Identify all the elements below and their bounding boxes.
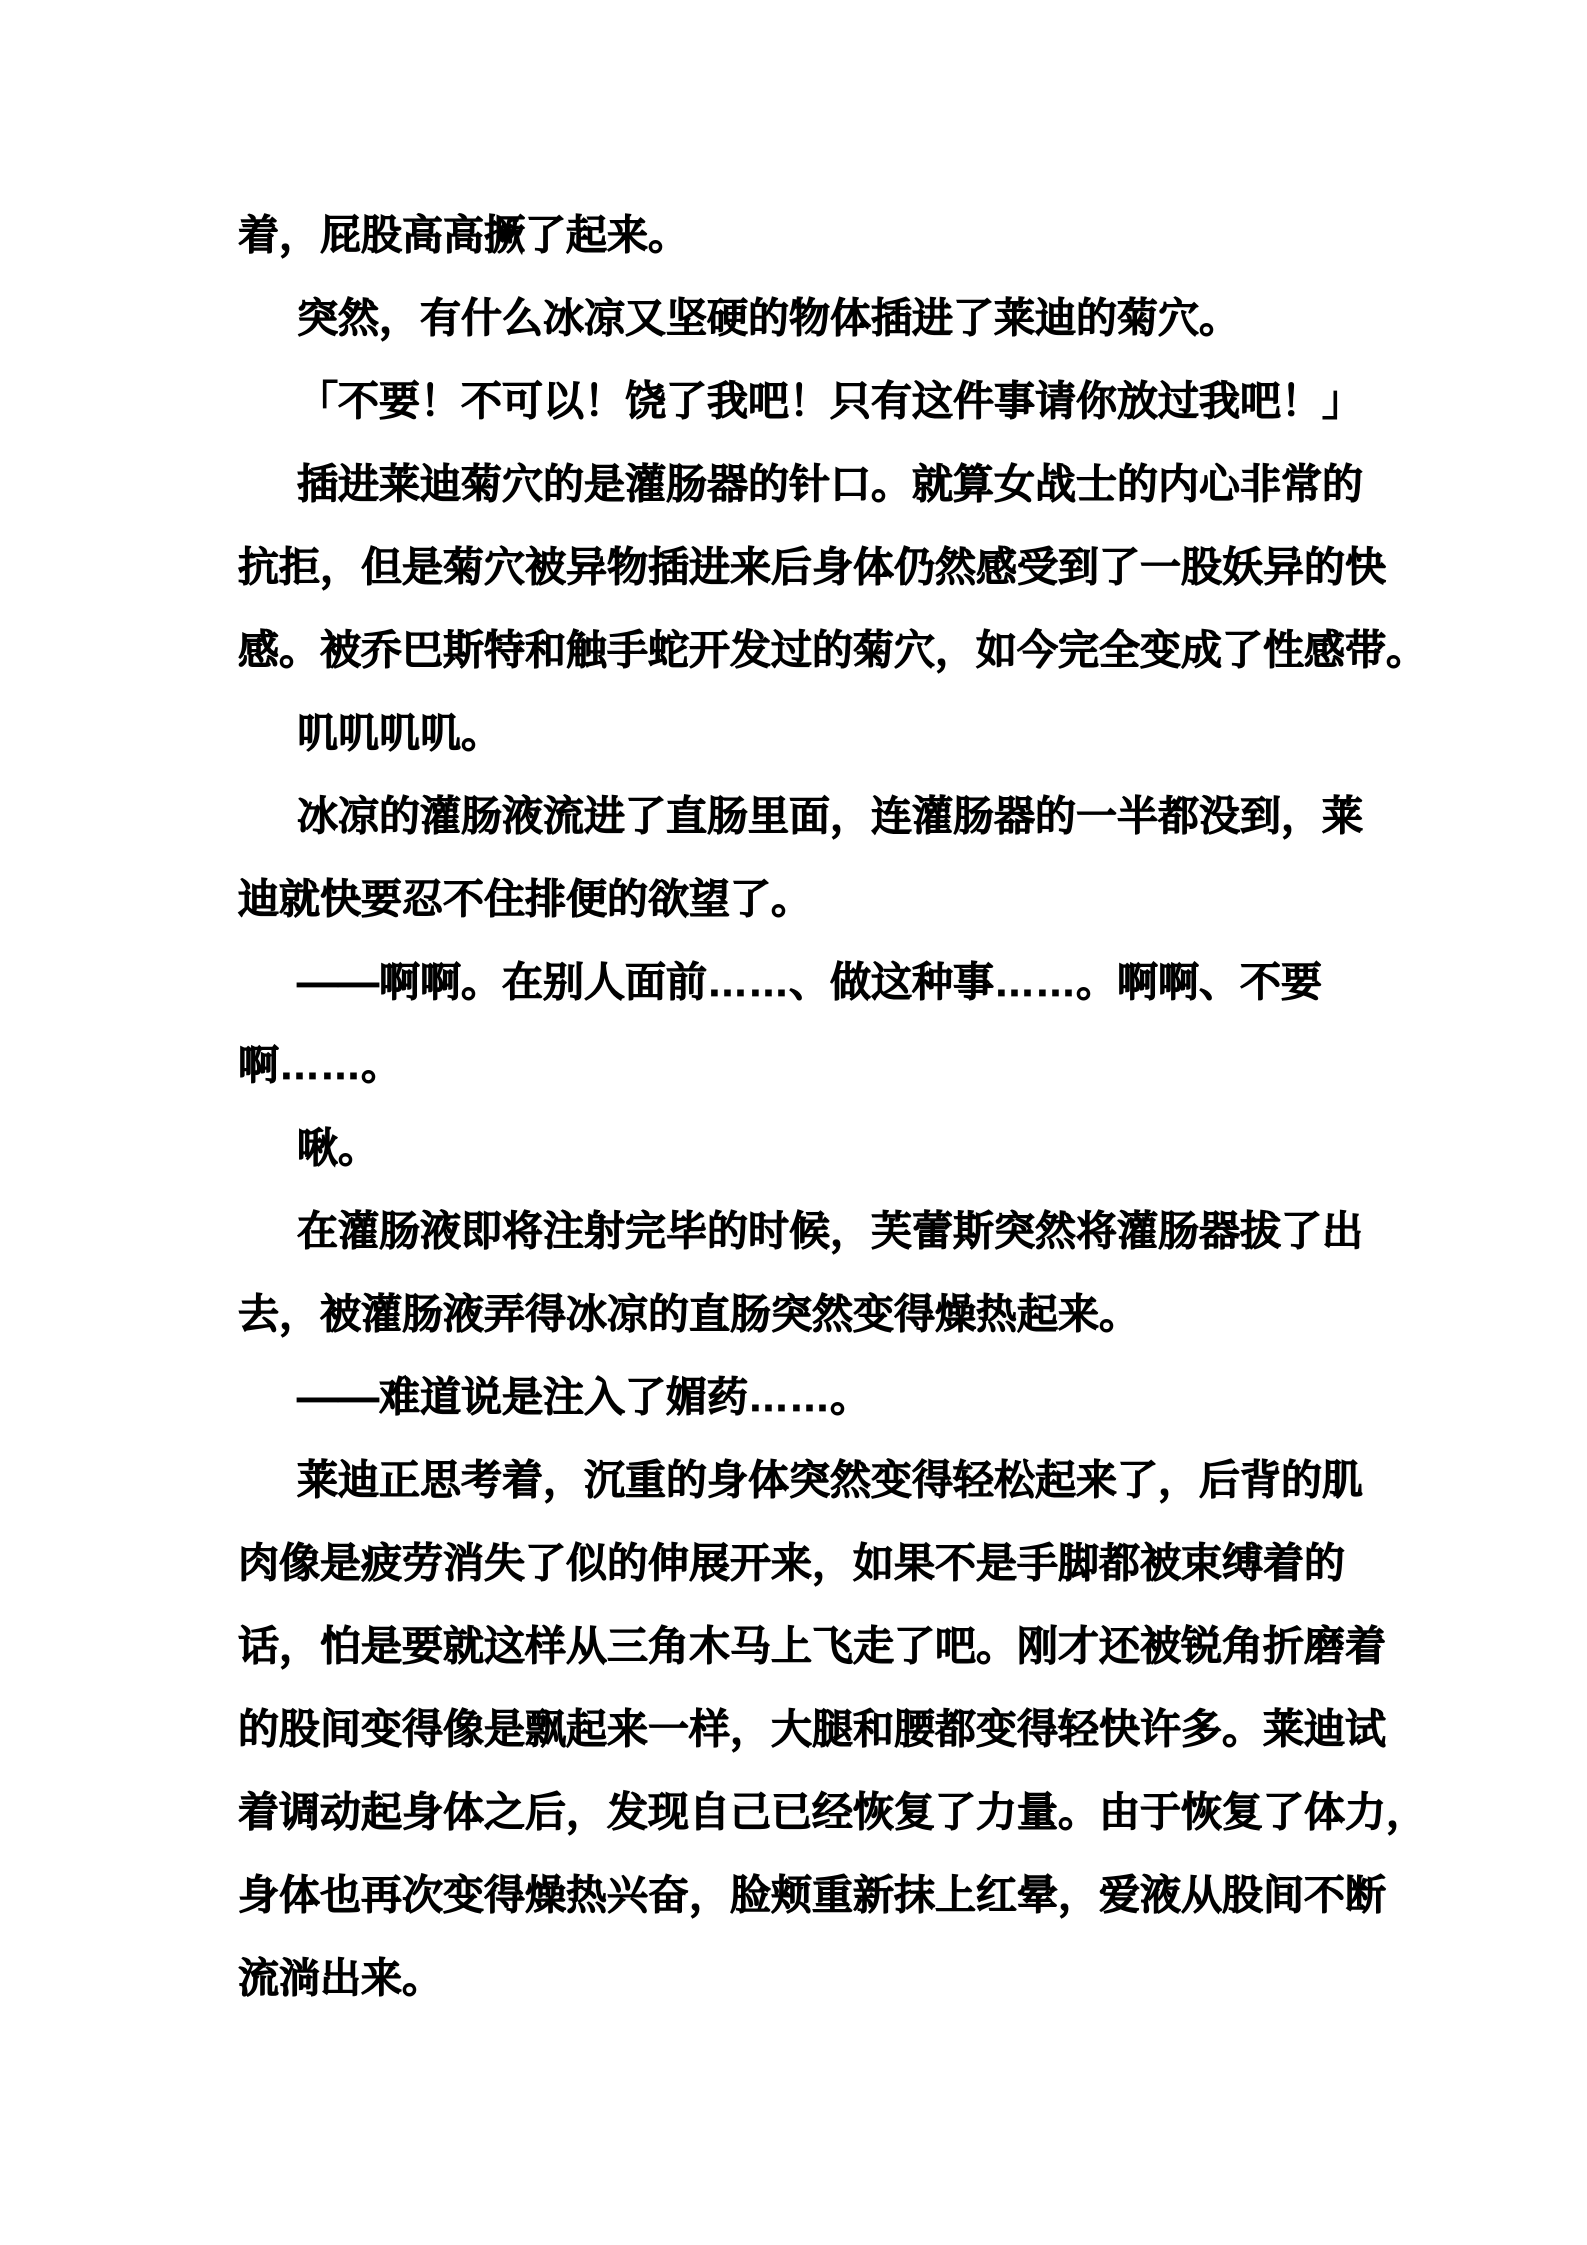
text-line: ——啊啊。在别人面前……、做这种事……。啊啊、不要 bbox=[238, 941, 1348, 1024]
text-line: 啾。 bbox=[238, 1107, 1348, 1190]
text-block: 着，屁股高高撅了起来。 突然，有什么冰凉又坚硬的物体插进了莱迪的菊穴。 「不要！… bbox=[238, 194, 1348, 2020]
text-line: 的股间变得像是飘起来一样，大腿和腰都变得轻快许多。莱迪试 bbox=[238, 1688, 1348, 1771]
text-line: 着调动起身体之后，发现自己已经恢复了力量。由于恢复了体力， bbox=[238, 1771, 1348, 1854]
text-line: 插进莱迪菊穴的是灌肠器的针口。就算女战士的内心非常的 bbox=[238, 443, 1348, 526]
text-line: 在灌肠液即将注射完毕的时候，芙蕾斯突然将灌肠器拔了出 bbox=[238, 1190, 1348, 1273]
text-line: 去，被灌肠液弄得冰凉的直肠突然变得燥热起来。 bbox=[238, 1273, 1348, 1356]
text-line: 叽叽叽叽。 bbox=[238, 692, 1348, 775]
text-line: 啊……。 bbox=[238, 1024, 1348, 1107]
text-line: 肉像是疲劳消失了似的伸展开来，如果不是手脚都被束缚着的 bbox=[238, 1522, 1348, 1605]
text-line: 莱迪正思考着，沉重的身体突然变得轻松起来了，后背的肌 bbox=[238, 1439, 1348, 1522]
text-line: 抗拒，但是菊穴被异物插进来后身体仍然感受到了一股妖异的快 bbox=[238, 526, 1348, 609]
text-line: 迪就快要忍不住排便的欲望了。 bbox=[238, 858, 1348, 941]
text-line: 话，怕是要就这样从三角木马上飞走了吧。刚才还被锐角折磨着 bbox=[238, 1605, 1348, 1688]
page: 着，屁股高高撅了起来。 突然，有什么冰凉又坚硬的物体插进了莱迪的菊穴。 「不要！… bbox=[0, 0, 1587, 2245]
text-line: 冰凉的灌肠液流进了直肠里面，连灌肠器的一半都没到，莱 bbox=[238, 775, 1348, 858]
text-line: 着，屁股高高撅了起来。 bbox=[238, 194, 1348, 277]
text-line: ——难道说是注入了媚药……。 bbox=[238, 1356, 1348, 1439]
text-line: 「不要！不可以！饶了我吧！只有这件事请你放过我吧！」 bbox=[238, 360, 1348, 443]
text-line: 感。被乔巴斯特和触手蛇开发过的菊穴，如今完全变成了性感带。 bbox=[238, 609, 1348, 692]
text-line: 流淌出来。 bbox=[238, 1937, 1348, 2020]
text-line: 身体也再次变得燥热兴奋，脸颊重新抹上红晕，爱液从股间不断 bbox=[238, 1854, 1348, 1937]
text-line: 突然，有什么冰凉又坚硬的物体插进了莱迪的菊穴。 bbox=[238, 277, 1348, 360]
